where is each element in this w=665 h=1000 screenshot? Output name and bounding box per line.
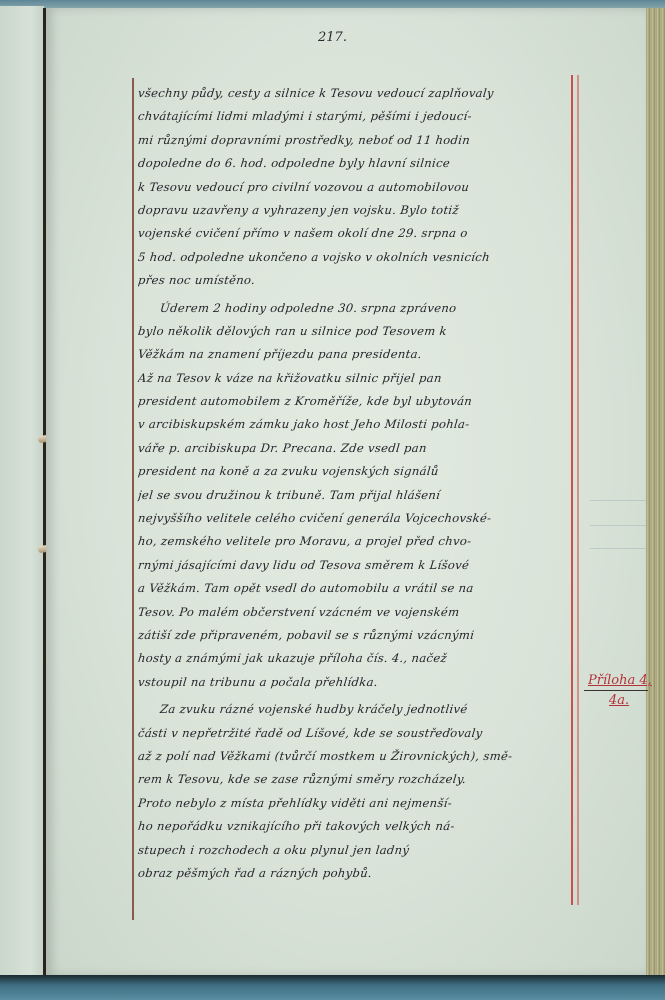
text-line: president na koně a za zvuku vojenských …	[137, 460, 571, 483]
annex-divider	[584, 690, 648, 691]
text-line: přes noc umístěno.	[137, 269, 571, 292]
text-line: ho, zemského velitele pro Moravu, a proj…	[137, 530, 571, 553]
text-line: zátiší zde připraveném, pobavil se s růz…	[137, 624, 571, 647]
bleed-through-line	[590, 500, 646, 501]
text-line: rnými jásajícími davy lidu od Tesova smě…	[137, 554, 571, 577]
right-margin-rule-secondary	[577, 75, 579, 905]
annex-reference-sub: 4a.	[588, 693, 650, 708]
text-line: jel se svou družinou k tribuně. Tam přij…	[137, 484, 571, 507]
page-edges	[646, 8, 665, 976]
bleed-through-line	[590, 548, 646, 549]
page-number: 217.	[318, 30, 347, 45]
left-page-edge	[0, 6, 44, 978]
text-line: Věžkám na znamení příjezdu pana presiden…	[137, 343, 571, 366]
text-line: dopravu uzavřeny a vyhrazeny jen vojsku.…	[137, 199, 571, 222]
handwritten-text: všechny půdy, cesty a silnice k Tesovu v…	[138, 82, 570, 885]
text-line: Proto nebylo z místa přehlídky viděti an…	[137, 792, 571, 815]
left-margin-rule	[132, 78, 134, 920]
text-line: 5 hod. odpoledne ukončeno a vojsko v oko…	[137, 246, 571, 269]
text-line: části v nepřetržité řadě od Líšové, kde …	[137, 722, 571, 745]
text-line: rem k Tesovu, kde se zase různými směry …	[137, 768, 571, 791]
text-line: president automobilem z Kroměříže, kde b…	[137, 390, 571, 413]
text-line: mi různými dopravními prostředky, neboť …	[137, 129, 571, 152]
text-line: Úderem 2 hodiny odpoledne 30. srpna zprá…	[137, 297, 571, 320]
text-line: chvátajícími lidmi mladými i starými, pě…	[137, 105, 571, 128]
text-line: vojenské cvičení přímo v našem okolí dne…	[137, 222, 571, 245]
annex-reference: Příloha 4,	[588, 673, 650, 688]
text-line: až z polí nad Věžkami (tvůrčí mostkem u …	[137, 745, 571, 768]
text-line: Tesov. Po malém občerstvení vzácném ve v…	[137, 601, 571, 624]
text-line: Za zvuku rázné vojenské hudby kráčely je…	[137, 698, 571, 721]
text-line: vstoupil na tribunu a počala přehlídka.	[137, 671, 571, 694]
text-line: nejvyššího velitele celého cvičení gener…	[137, 507, 571, 530]
text-line: k Tesovu vedoucí pro civilní vozovou a a…	[137, 176, 571, 199]
text-line: váře p. arcibiskupa Dr. Precana. Zde vse…	[137, 437, 571, 460]
text-line: hosty a známými jak ukazuje příloha čís.…	[137, 647, 571, 670]
text-line: ho nepořádku vznikajícího při takových v…	[137, 815, 571, 838]
text-line: a Věžkám. Tam opět vsedl do automobilu a…	[137, 577, 571, 600]
margin-annotation: Příloha 4, 4a.	[588, 673, 650, 708]
bleed-through-line	[590, 525, 646, 526]
right-margin-rule	[571, 75, 573, 905]
text-line: obraz pěšmých řad a rázných pohybů.	[137, 862, 571, 885]
text-line: dopoledne do 6. hod. odpoledne byly hlav…	[137, 152, 571, 175]
background-bottom	[0, 975, 665, 1000]
text-line: v arcibiskupském zámku jako host Jeho Mi…	[137, 413, 571, 436]
text-line: stupech i rozchodech a oku plynul jen la…	[137, 839, 571, 862]
text-line: Až na Tesov k váze na křižovatku silnic …	[137, 367, 571, 390]
text-line: bylo několik dělových ran u silnice pod …	[137, 320, 571, 343]
text-line: všechny půdy, cesty a silnice k Tesovu v…	[137, 82, 571, 105]
